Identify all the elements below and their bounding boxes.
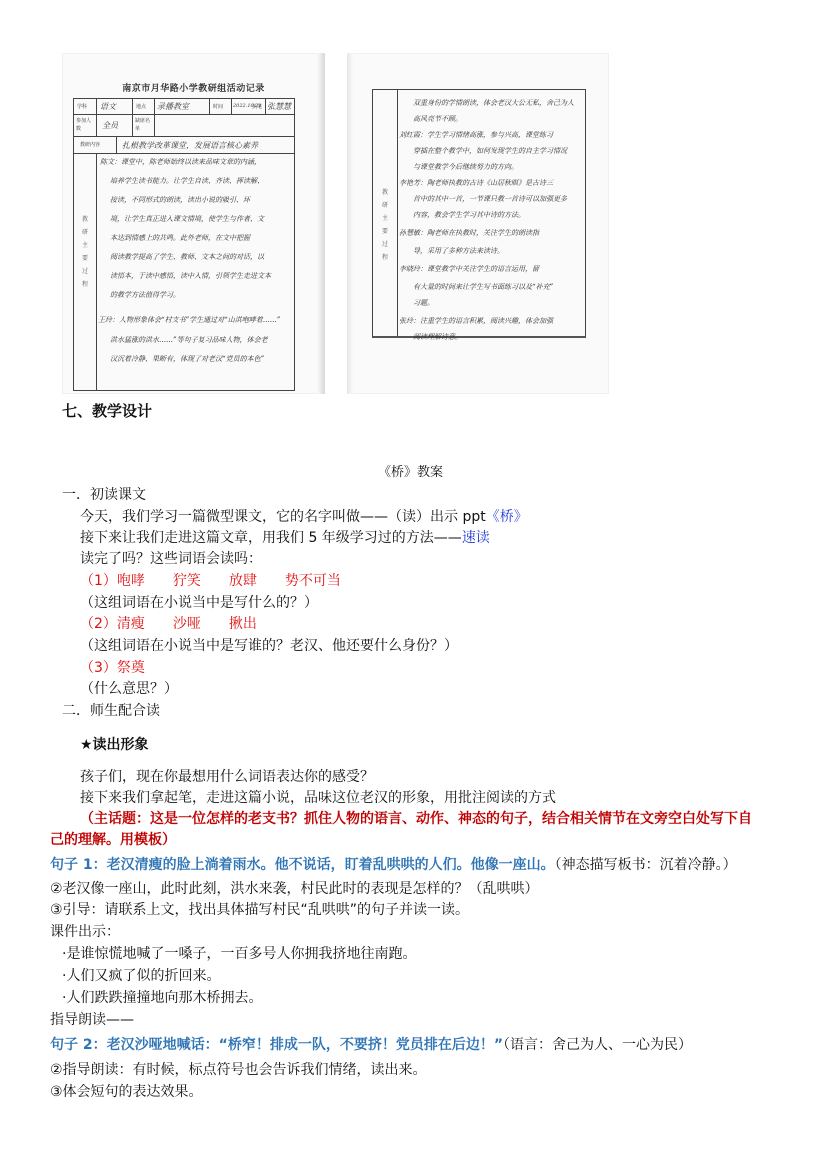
courseware-item: ·是谁惊慌地喊了一嗓子，一百多号人你拥我挤地往南跑。 <box>62 945 416 963</box>
record-table-continued: 教研主要过程 双重身份的学情朗读，体会老汉大公无私，舍己为人 高风亮节不顾。 刘… <box>372 89 586 338</box>
part2-intro-1: 孩子们，现在你最想用什么词语表达你的感受？ <box>80 768 374 786</box>
vocab-group-3: （3）祭奠 <box>80 659 145 677</box>
time-label: 时间 <box>213 103 223 110</box>
main-topic-line-1: （主话题：这是一位怎样的老支书？抓住人物的语言、动作、神态的句子，结合相关情节在… <box>80 810 752 828</box>
sentence-1-step-2: ②老汉像一座山，此时此刻，洪水来袭，村民此时的表现是怎样的？（乱哄哄） <box>50 880 539 898</box>
record-header-row: 学科 语文 地点 录播教室 时间 2022.10.21 执笔 张慧慧 <box>74 99 294 115</box>
part1-line2: 接下来让我们走进这篇文章，用我们 5 年级学习过的方法——速读 <box>80 529 490 547</box>
part2-heading: 二．师生配合读 <box>62 702 160 720</box>
content-value: 扎根教学改革课堂，发展语言核心素养 <box>122 140 258 151</box>
part2-intro-2: 接下来我们拿起笔，走进这篇小说，品味这位老汉的形象，用批注阅读的方式 <box>80 789 556 807</box>
courseware-label: 课件出示： <box>50 923 120 941</box>
record-title: 南京市月华路小学教研组活动记录 <box>62 81 325 94</box>
place-value: 录播教室 <box>157 101 189 112</box>
host-value: 张慧慧 <box>267 101 291 112</box>
scanned-record-left: 南京市月华路小学教研组活动记录 学科 语文 地点 录播教室 时间 2022.10… <box>62 53 325 394</box>
subject-value: 语文 <box>100 101 116 112</box>
participants-label: 参加人数 <box>76 117 92 133</box>
speed-reading-link[interactable]: 速读 <box>462 530 490 546</box>
process-label: 教研主要过程 <box>81 213 89 291</box>
part1-line3: 读完了吗？这些词语会读吗： <box>80 550 262 568</box>
part1-line1: 今天，我们学习一篇微型课文，它的名字叫做——（读）出示 ppt《桥》 <box>80 508 528 526</box>
record-table: 学科 语文 地点 录播教室 时间 2022.10.21 执笔 张慧慧 参加人数 … <box>73 98 295 391</box>
content-label: 教研内容 <box>80 141 100 148</box>
host-label: 执笔 <box>252 103 262 110</box>
part1-heading: 一．初读课文 <box>62 486 146 504</box>
guided-reading: 指导朗读—— <box>50 1011 134 1029</box>
lesson-plan-title: 《桥》教案 <box>378 464 443 482</box>
vocab-question-3: （什么意思？） <box>80 680 178 698</box>
courseware-item: ·人们又疯了似的折回来。 <box>62 967 220 985</box>
section-heading: 七、教学设计 <box>62 402 152 420</box>
subject-label: 学科 <box>77 103 87 110</box>
vocab-question-2: （这组词语在小说当中是写谁的？老汉、他还要什么身份？） <box>80 637 458 655</box>
place-label: 地点 <box>136 103 146 110</box>
sentence-2-step-2: ②指导朗读：有时候，标点符号也会告诉我们情绪，读出来。 <box>50 1061 427 1079</box>
record-content-row: 教研内容 扎根教学改革课堂，发展语言核心素养 <box>74 136 294 154</box>
part2-subheading: ★读出形象 <box>80 736 149 754</box>
absent-label: 缺席名单 <box>135 117 151 133</box>
courseware-item: ·人们跌跌撞撞地向那木桥拥去。 <box>62 989 262 1007</box>
vocab-group-1: （1）咆哮 狞笑 放肆 势不可当 <box>80 572 341 590</box>
scanned-record-right: 教研主要过程 双重身份的学情朗读，体会老汉大公无私，舍己为人 高风亮节不顾。 刘… <box>347 53 609 394</box>
vocab-group-2: （2）清瘦 沙哑 揪出 <box>80 615 257 633</box>
ppt-title-link[interactable]: 《桥》 <box>486 509 528 525</box>
participants-value: 全员 <box>102 120 118 131</box>
sentence-2-step-3: ③体会短句的表达效果。 <box>50 1083 203 1101</box>
vocab-question-1: （这组词语在小说当中是写什么的？） <box>80 594 318 612</box>
record-second-row: 参加人数 全员 缺席名单 <box>74 114 294 137</box>
main-topic-line-2: 己的理解。用模板） <box>50 831 176 849</box>
sentence-1-step-3: ③引导：请联系上文，找出具体描写村民“乱哄哄”的句子并读一读。 <box>50 901 469 919</box>
process-label: 教研主要过程 <box>381 186 389 264</box>
sentence-2: 句子 2：老汉沙哑地喊话：“桥窄！排成一队，不要挤！党员排在后边！”（语言：舍己… <box>50 1036 692 1054</box>
sentence-1: 句子 1：老汉清瘦的脸上淌着雨水。他不说话，盯着乱哄哄的人们。他像一座山。（神态… <box>50 856 737 874</box>
